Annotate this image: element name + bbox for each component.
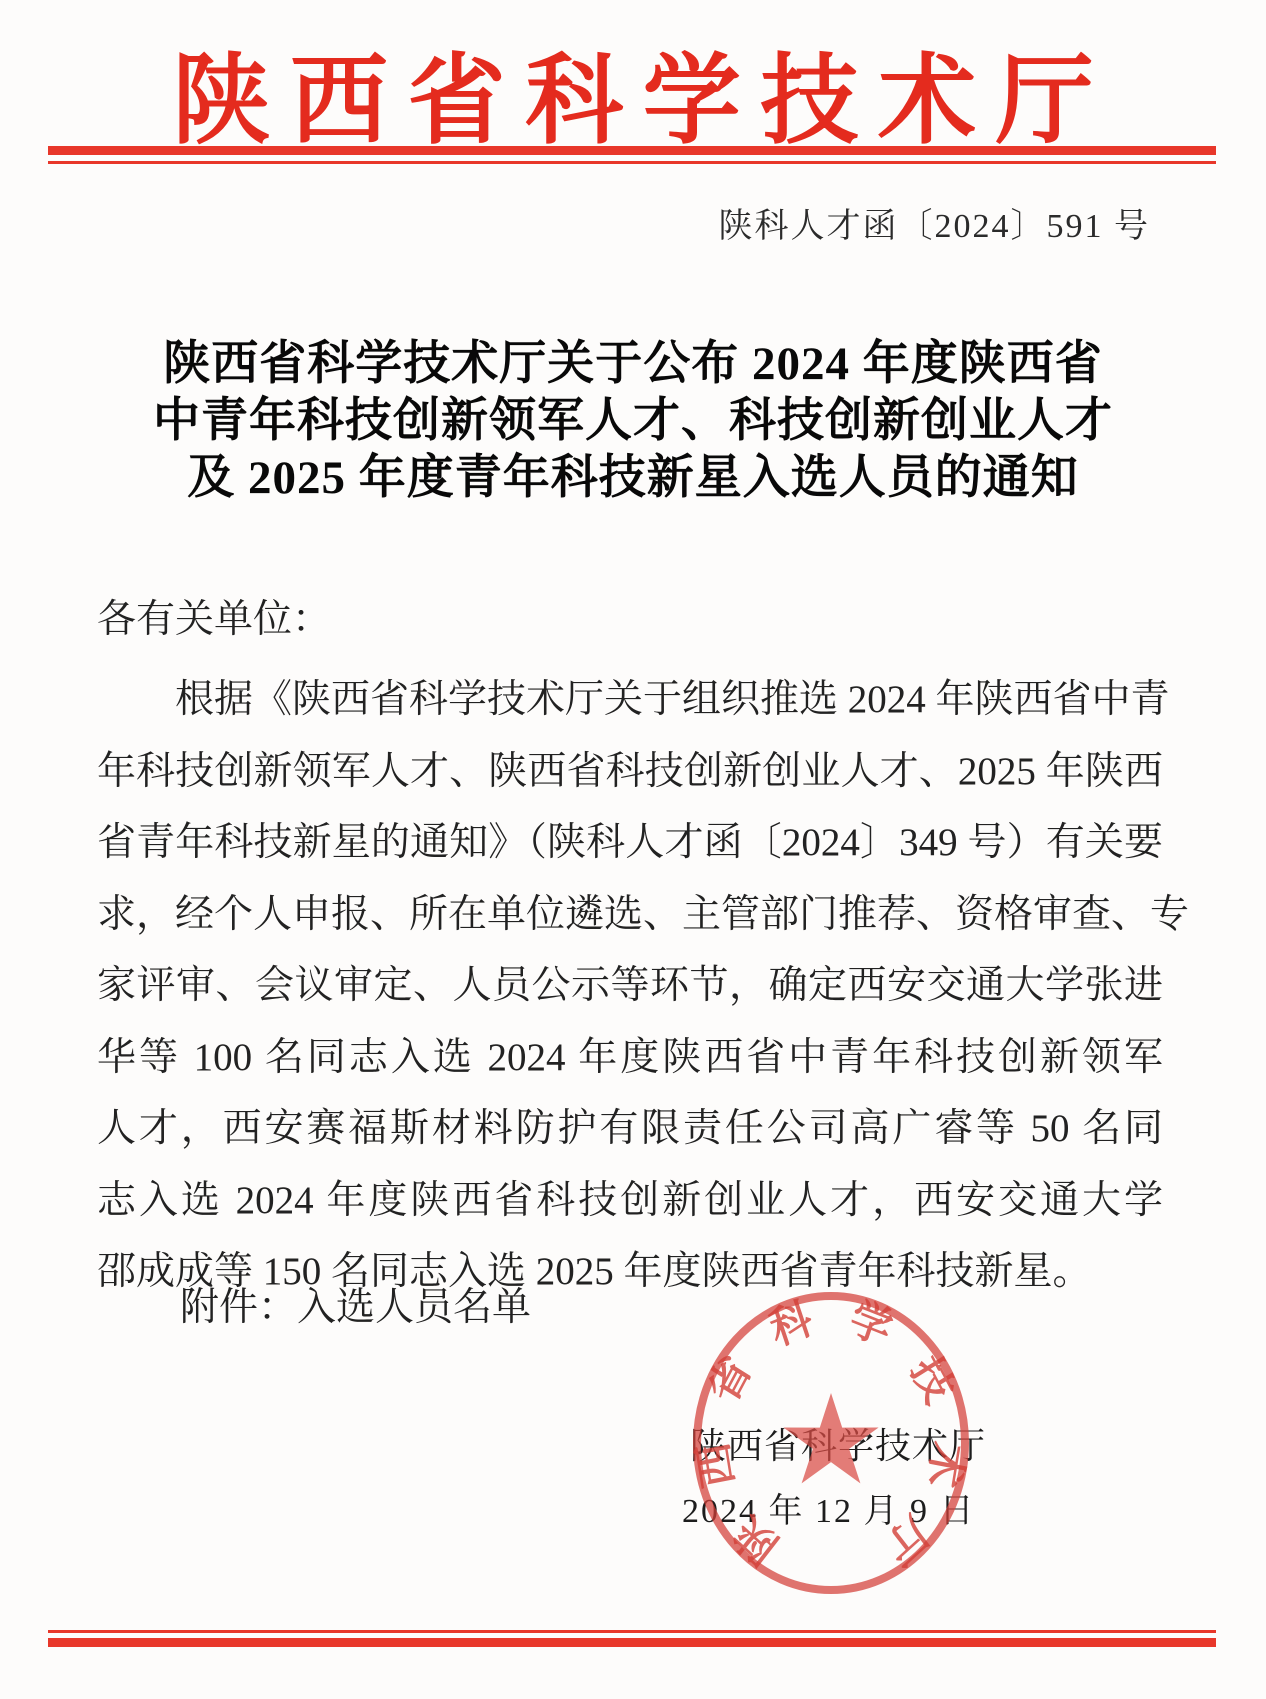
document-number: 陕科人才函〔2024〕591 号 — [719, 198, 1151, 247]
document-title: 陕西省科学技术厅关于公布 2024 年度陕西省 中青年科技创新领军人才、科技创新… — [60, 336, 1206, 507]
body-paragraph: 根据《陕西省科学技术厅关于组织推选 2024 年陕西省中青 年科技创新领军人才、… — [97, 664, 1163, 1308]
body-line: 志入选 2024 年度陕西省科技创新创业人才，西安交通大学 — [97, 1165, 1163, 1237]
footer-divider-thin — [48, 1630, 1216, 1633]
body-line: 根据《陕西省科学技术厅关于组织推选 2024 年陕西省中青 — [97, 664, 1163, 736]
header-divider-thin — [48, 161, 1216, 164]
header-divider-thick — [48, 146, 1216, 155]
body-line: 人才，西安赛福斯材料防护有限责任公司高广睿等 50 名同 — [97, 1093, 1163, 1165]
footer-divider-thick — [48, 1638, 1216, 1647]
svg-text:技: 技 — [902, 1348, 962, 1412]
attachment-note: 附件：入选人员名单 — [180, 1276, 531, 1332]
body-line: 华等 100 名同志入选 2024 年度陕西省中青年科技创新领军 — [97, 1022, 1163, 1094]
salutation: 各有关单位： — [97, 598, 1163, 642]
signer-name: 陕西省科学技术厅 — [690, 1418, 986, 1469]
document-title-line-3: 及 2025 年度青年科技新星入选人员的通知 — [60, 450, 1206, 507]
body-line: 家评审、会议审定、人员公示等环节，确定西安交通大学张进 — [97, 950, 1163, 1022]
body-line: 求，经个人申报、所在单位遴选、主管部门推荐、资格审查、专 — [97, 879, 1163, 951]
svg-text:省: 省 — [700, 1348, 760, 1412]
body-line: 年科技创新领军人才、陕西省科技创新创业人才、2025 年陕西 — [97, 736, 1163, 808]
signature-date: 2024 年 12 月 9 日 — [682, 1483, 976, 1532]
body-line: 省青年科技新星的通知》（陕科人才函〔2024〕349 号）有关要 — [97, 807, 1163, 879]
document-title-line-1: 陕西省科学技术厅关于公布 2024 年度陕西省 — [60, 336, 1206, 393]
document-title-line-2: 中青年科技创新领军人才、科技创新创业人才 — [60, 393, 1206, 450]
document-page: 陕西省科学技术厅 陕科人才函〔2024〕591 号 陕西省科学技术厅关于公布 2… — [0, 0, 1266, 1699]
agency-header-title: 陕西省科学技术厅 — [0, 22, 1266, 163]
